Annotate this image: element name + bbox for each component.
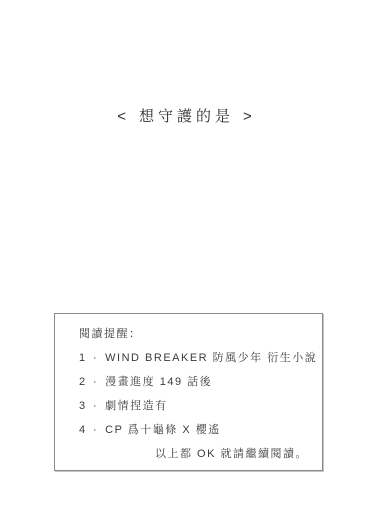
item-number: 1 [79,346,87,370]
item-separator: · [93,346,98,370]
item-text: WIND BREAKER 防風少年 衍生小說 [105,346,317,370]
notice-item: 1 · WIND BREAKER 防風少年 衍生小說 [79,346,309,370]
item-text: 劇情捏造有 [105,394,168,418]
item-separator: · [93,418,98,442]
title-close-bracket: > [243,109,252,125]
title-text: 想守護的是 [139,109,234,125]
item-number: 4 [79,418,87,442]
item-text: CP 爲十龜條 X 櫻遙 [105,418,221,442]
notice-heading: 閱讀提醒： [79,322,309,346]
title-open-bracket: < [117,109,126,125]
item-separator: · [93,370,98,394]
item-text: 漫畫進度 149 話後 [105,370,212,394]
notice-footer: 以上都 OK 就請繼續閱讀。 [79,442,309,466]
document-page: < 想守護的是 > 閱讀提醒： 1 · WIND BREAKER 防風少年 衍生… [0,0,369,525]
item-number: 3 [79,394,87,418]
notice-item: 2 · 漫畫進度 149 話後 [79,370,309,394]
item-number: 2 [79,370,87,394]
notice-item: 3 · 劇情捏造有 [79,394,309,418]
notice-item: 4 · CP 爲十龜條 X 櫻遙 [79,418,309,442]
item-separator: · [93,394,98,418]
page-title: < 想守護的是 > [0,109,369,125]
reading-notice-box: 閱讀提醒： 1 · WIND BREAKER 防風少年 衍生小說 2 · 漫畫進… [54,313,323,471]
